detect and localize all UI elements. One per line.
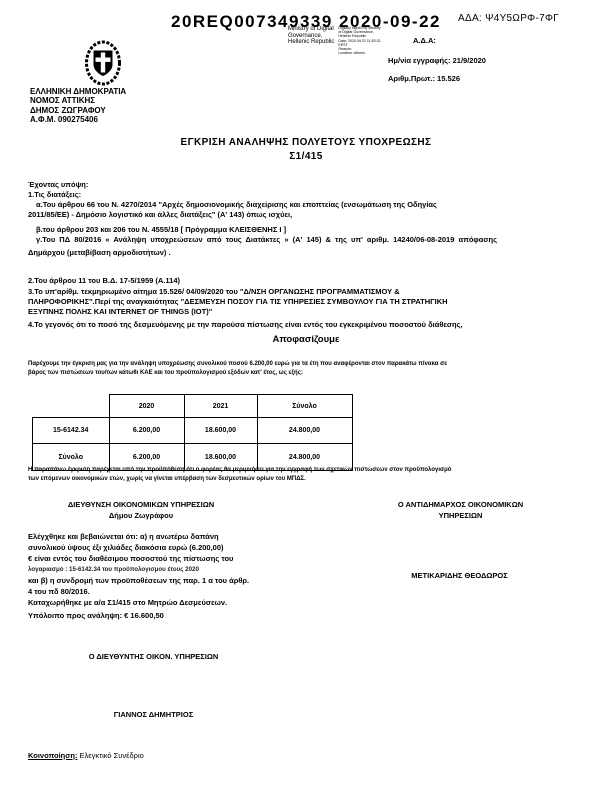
signature-right-subtitle: ΥΠΗΡΕΣΙΩΝ xyxy=(378,511,543,520)
table-cell-2020-amount: 6.200,00 xyxy=(109,418,184,444)
registration-date: Ημ/νία εγγραφής: 21/9/2020 xyxy=(388,56,486,65)
protocol-number: Αριθμ.Πρωτ.: 15.526 xyxy=(388,74,460,83)
stamp-detail-line: Location: Athens xyxy=(338,51,380,55)
notification-line: Κοινοποίηση: Ελεγκτικό Συνέδριο xyxy=(28,751,144,760)
greek-coat-of-arms-icon xyxy=(84,40,122,91)
verification-registry-line: Καταχωρήθηκε με α/α Σ1/415 στο Μητρώο Δε… xyxy=(28,598,227,607)
body-line: 2011/85/ΕΕ) - Δημόσιο λογιστικό και άλλε… xyxy=(28,210,292,219)
signature-left-subtitle: Δήμου Ζωγράφου xyxy=(56,511,226,520)
sender-afm: Α.Φ.Μ. 090275406 xyxy=(30,115,126,124)
notification-value: Ελεγκτικό Συνέδριο xyxy=(77,751,143,760)
verification-line: 4 του πδ 80/2016. xyxy=(28,587,90,596)
table-header-2020: 2020 xyxy=(109,395,184,418)
body-line: 1.Τις διατάξεις: xyxy=(28,190,81,199)
table-header-empty xyxy=(33,395,110,418)
body-line: α.Του άρθρου 66 του Ν. 4270/2014 "Αρχές … xyxy=(36,200,437,209)
verification-balance-line: Υπόλοιπο προς ανάληψη: € 16.600,50 xyxy=(28,611,164,620)
verification-line: συνολικού ύψους έξι χιλιάδες διακόσια ευ… xyxy=(28,543,224,552)
decision-paragraph-line: Παρέχουμε την έγκριση μας για την ανάληψ… xyxy=(28,361,447,367)
table-header-2021: 2021 xyxy=(184,395,257,418)
decision-heading: Αποφασίζουμε xyxy=(0,334,612,345)
sender-block: ΕΛΛΗΝΙΚΗ ΔΗΜΟΚΡΑΤΙΑ ΝΟΜΟΣ ΑΤΤΙΚΗΣ ΔΗΜΟΣ … xyxy=(30,87,126,124)
table-row: 15-6142.34 6.200,00 18.600,00 24.800,00 xyxy=(33,418,353,444)
table-cell-total-amount: 24.800,00 xyxy=(257,418,352,444)
director-name: ΓΙΑΝΝΟΣ ΔΗΜΗΤΡΙΟΣ xyxy=(56,710,251,719)
stamp-ministry-line: Hellenic Republic xyxy=(288,39,334,46)
table-header-row: 2020 2021 Σύνολο xyxy=(33,395,353,418)
decision-paragraph-line: βάρος των πιστώσεων του/των κάτωθι ΚΑΕ κ… xyxy=(28,370,303,376)
body-line: Δημάρχου (μεταβίβαση αρμοδιοτήτων) . xyxy=(28,248,171,257)
note-line: των επόμενων οικονομικών ετών, χωρίς να … xyxy=(28,476,306,482)
deputy-mayor-name: ΜΕΤΙΚΑΡΙΔΗΣ ΘΕΟΔΩΡΟΣ xyxy=(392,571,527,580)
signature-right-title: Ο ΑΝΤΙΔΗΜΑΡΧΟΣ ΟΙΚΟΝΟΜΙΚΩΝ xyxy=(378,500,543,509)
verification-account-line: λογαριασμό : 15-6142.34 του προϋπολογισμ… xyxy=(28,566,199,573)
body-line: ΕΞΥΠΝΗΣ ΠΟΛΗΣ ΚΑΙ INTERNET OF THINGS (ΙΟ… xyxy=(28,307,212,316)
body-line: ΠΛΗΡΟΦΟΡΙΚΗΣ".Περί της αναγκαιότητας "ΔΕ… xyxy=(28,297,448,306)
signature-left-title: ΔΙΕΥΘΥΝΣΗ ΟΙΚΟΝΟΜΙΚΩΝ ΥΠΗΡΕΣΙΩΝ xyxy=(56,500,226,509)
verification-line: € είναι εντός του διαθέσιμου ποσοστού τη… xyxy=(28,554,233,563)
verification-line: και β) η συνδρομή των προϋποθέσεων της π… xyxy=(28,576,249,585)
director-title: Ο ΔΙΕΥΘΥΝΤΗΣ ΟΙΚΟΝ. ΥΠΗΡΕΣΙΩΝ xyxy=(56,652,251,661)
ada-label: Α.Δ.Α: xyxy=(413,36,436,45)
table-cell-kae: 15-6142.34 xyxy=(33,418,110,444)
body-line: 2.Του άρθρου 11 του Β.Δ. 17-5/1959 (Α.11… xyxy=(28,276,180,285)
stamp-ministry-line: Governance, xyxy=(288,33,334,40)
body-line: Έχοντας υπόψη: xyxy=(28,180,88,189)
table-header-total: Σύνολο xyxy=(257,395,352,418)
amounts-table: 2020 2021 Σύνολο 15-6142.34 6.200,00 18.… xyxy=(32,394,353,471)
body-line: 3.Το υπ'αρίθμ. τεκμηριωμένο αίτημα 15.52… xyxy=(28,287,400,296)
document-title-ref: Σ1/415 xyxy=(0,151,612,162)
table-cell-2021-amount: 18.600,00 xyxy=(184,418,257,444)
sender-country: ΕΛΛΗΝΙΚΗ ΔΗΜΟΚΡΑΤΙΑ xyxy=(30,87,126,96)
body-line: β.του άρθρου 203 και 206 του Ν. 4555/18 … xyxy=(36,225,286,234)
sender-municipality: ΔΗΜΟΣ ΖΩΓΡΑΦΟΥ xyxy=(30,106,126,115)
document-page: Ministry of Digital Governance, Hellenic… xyxy=(0,0,612,792)
sender-prefecture: ΝΟΜΟΣ ΑΤΤΙΚΗΣ xyxy=(30,96,126,105)
document-title: ΕΓΚΡΙΣΗ ΑΝΑΛΗΨΗΣ ΠΟΛΥΕΤΟΥΣ ΥΠΟΧΡΕΩΣΗΣ xyxy=(0,137,612,148)
document-number: 20REQ007349339 2020-09-22 xyxy=(0,12,612,32)
body-line: 4.Το γεγονός ότι το ποσό της δεσμευόμενη… xyxy=(28,320,463,329)
verification-line: Ελέγχθηκε και βεβαιώνεται ότι: α) η ανωτ… xyxy=(28,532,219,541)
notification-label: Κοινοποίηση: xyxy=(28,751,77,760)
note-line: Η παραπάνω έγκριση παρέχεται υπό την προ… xyxy=(28,467,451,473)
body-line: γ.Του ΠΔ 80/2016 « Ανάληψη υποχρεώσεων α… xyxy=(36,235,497,244)
